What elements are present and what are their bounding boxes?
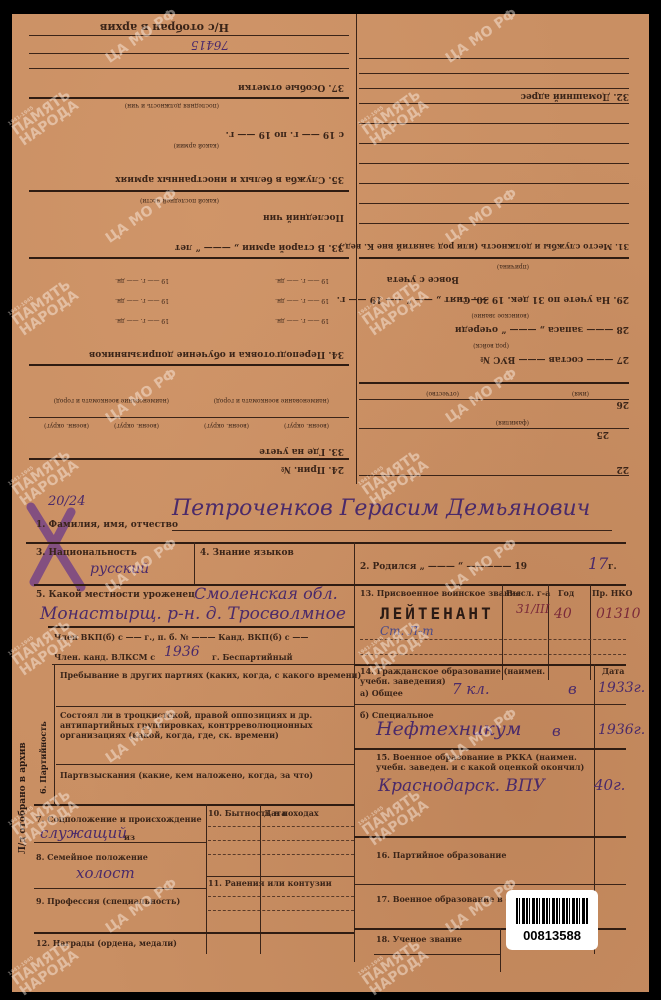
field-2-year: 17: [588, 554, 608, 573]
field-13-label: 13. Присвоенное воинское звание: [360, 588, 521, 598]
upside-down-section: 22 25 (фамилия) 26 (имя) (отчество) 27 —…: [12, 14, 649, 484]
field-33-old-army: 33. В старой армии „ ——— “ лет: [175, 242, 344, 252]
field-25: 25: [596, 429, 609, 439]
field-12-label: 12. Награды (ордена, медали): [36, 938, 177, 948]
party-membership: Член ВКП(б) с —— г., п. б. № ——— Канд. В…: [54, 632, 308, 642]
field-37: 37. Особые отметки: [238, 82, 344, 92]
field-18-label: 18. Ученое звание: [376, 934, 462, 944]
rank-stamp: ЛЕЙТЕНАНТ: [380, 604, 494, 623]
side-section-label: 6. Партийность: [38, 721, 48, 794]
field-34: 34. Переподготовка и обучение допризывни…: [89, 349, 344, 359]
general-education: 7 кл.: [452, 680, 490, 698]
military-education-year: 40г.: [594, 776, 625, 794]
field-24: 24. Прин. №: [281, 464, 344, 474]
corner-note: 20/24: [48, 494, 85, 509]
field-11-label: 11. Ранения или контузии: [208, 878, 332, 888]
rank-year: 40: [554, 606, 572, 622]
field-16-label: 16. Партийное образование: [376, 850, 506, 860]
rank-date: 31/III: [516, 602, 550, 616]
side-archive-label: Л/д отобрано в архив: [18, 742, 28, 854]
field-32: 32. Домашний адрес: [520, 91, 629, 101]
party-penalties: Партвзыскания (какие, кем наложено, когд…: [60, 770, 313, 780]
field-31: 31. Место службы и должность (или род за…: [339, 242, 629, 252]
field-7-label: 7. Соцположение и происхождение: [36, 814, 202, 824]
komsomol-label: Член. канд. ВЛКСМ с: [54, 652, 155, 662]
field-1-value: Петроченков Герасим Демьянович: [172, 496, 590, 521]
field-3-value: русский: [90, 561, 149, 577]
field-33-where: 33. Где на учете: [259, 446, 344, 456]
field-7-value: служащий: [40, 824, 127, 842]
field-4-label: 4. Знание языков: [200, 548, 294, 558]
barcode-bars: [516, 898, 588, 924]
field-30: 30. Снят „ —— “ —— 19 —— г.: [337, 294, 489, 304]
field-8-value: холост: [76, 864, 135, 882]
field-26: 26: [616, 399, 629, 409]
field-3-label: 3. Национальность: [36, 548, 137, 558]
cross-out-mark: [26, 502, 86, 592]
last-rank: Последний чин: [263, 212, 344, 222]
field-8-label: 8. Семейное положение: [36, 852, 148, 862]
field-35: 35. Служба в белых и иностранных армиях: [115, 174, 344, 184]
field-27: 27 ——— состав ——— ВУС №: [480, 354, 629, 364]
military-education: Краснодарск. ВПУ: [378, 776, 545, 796]
field-5-label: 5. Какой местности уроженец: [36, 590, 195, 600]
document-page: 22 25 (фамилия) 26 (имя) (отчество) 27 —…: [12, 14, 649, 992]
service-period: с 19 —— г. по 19 —— г.: [226, 129, 344, 139]
field-22: 22: [616, 464, 629, 474]
special-education: Нефтехникум: [376, 718, 522, 740]
field-15-label: 15. Военное образование в РККА (наимен. …: [376, 752, 596, 772]
rank-extra: Ст. Л-т: [380, 624, 434, 638]
other-parties: Пребывание в других партиях (каких, когд…: [60, 670, 361, 680]
komsomol-year: 1936: [164, 644, 200, 660]
field-28: 28 ——— запаса „ ——— “ очереди: [455, 324, 629, 334]
rank-order: 01310: [596, 606, 641, 622]
general-education-year: 1933г.: [598, 680, 645, 696]
archive-number: 76415: [191, 38, 229, 52]
field-9-label: 9. Профессия (специальность): [36, 896, 180, 906]
field-2-label: 2. Родился „ ——— “ ————— 19: [360, 562, 527, 572]
special-education-year: 1936г.: [598, 722, 645, 738]
field-5-value-2: Монастырщ. р-н. д. Тросволмное: [40, 604, 346, 624]
field-5-value-1: Смоленская обл.: [194, 584, 338, 603]
archive-note: Н/с отобран в архив: [100, 21, 229, 34]
field-1-label: 1. Фамилия, имя, отчество: [36, 520, 178, 530]
trotskyist-question: Состоял ли в троцкистской, правой оппози…: [60, 710, 350, 740]
removed-from-register: Вовсе с учета: [387, 274, 459, 284]
barcode-label: 00813588: [506, 890, 598, 950]
barcode-number: 00813588: [506, 928, 598, 943]
